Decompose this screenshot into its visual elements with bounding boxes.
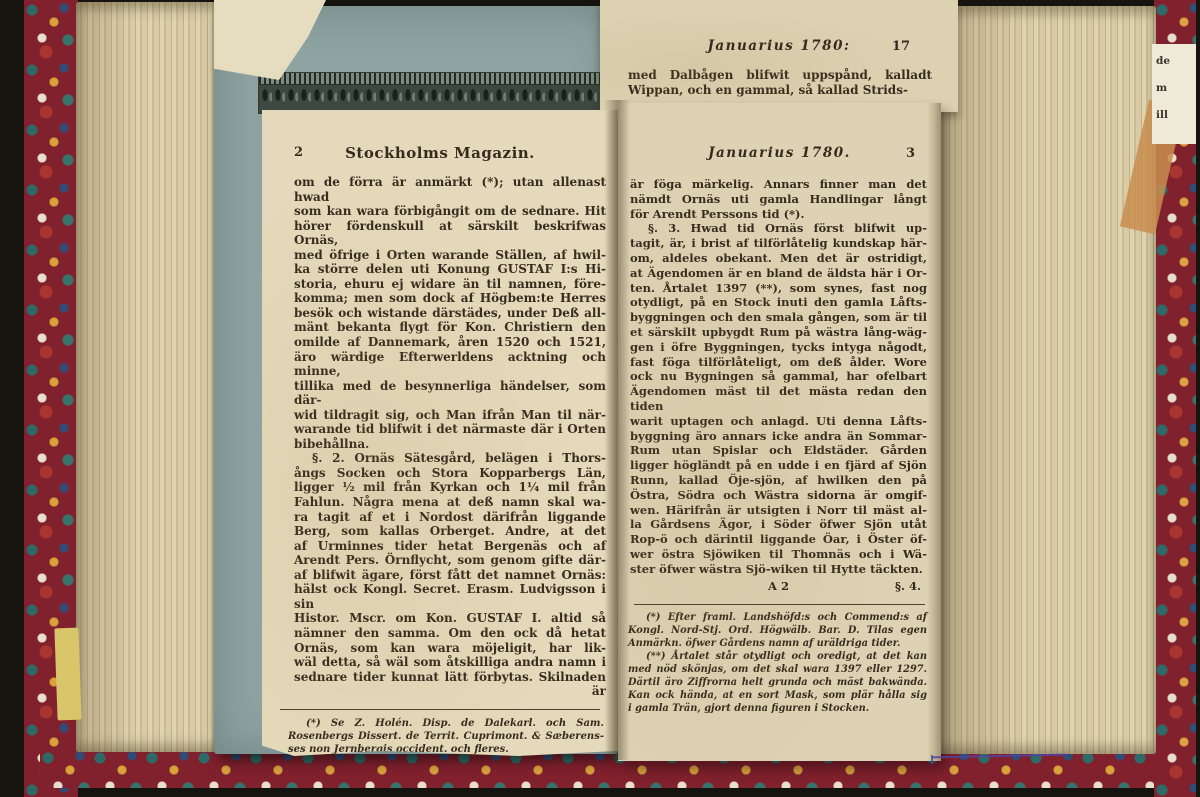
text-line: Anmärkn. öfwer Gårdens namn af uräldriga… — [628, 637, 927, 650]
text-line: (*) Se Z. Holén. Disp. de Dalekarl. och … — [288, 717, 604, 730]
text-line: af Urminnes tider hetat Bergenäs och af — [294, 539, 606, 554]
text-line: fast föga tilförlåteligt, om deß ålder. … — [630, 355, 927, 370]
yellow-paper-slip — [54, 628, 81, 721]
text-line: Rop-ö och därintil liggande Öar, i Öster… — [630, 532, 927, 547]
text-line: nämner den samma. Om den ock då hetat — [294, 626, 606, 641]
text-line: Rum utan Spislar och Eldstäder. Gården — [630, 443, 927, 458]
running-title: Januarius 1780. — [618, 145, 941, 161]
text-line: byggningen och den smala gången, som är … — [630, 310, 927, 325]
text-line: i gamla Trän, gjort denna figuren i Stoc… — [628, 702, 927, 715]
left-page-footnotes: (*) Se Z. Holén. Disp. de Dalekarl. och … — [288, 717, 604, 756]
text-line: om de förra är anmärkt (*); utan allenas… — [294, 175, 606, 204]
text-line: gen i öfre Byggningen, tycks intyga någo… — [630, 340, 927, 355]
left-page-header: 2 Stockholms Magazin. — [262, 144, 618, 162]
edge-fragment: ill — [1156, 102, 1196, 129]
text-line: wäl detta, så wäl som åtskilliga andra n… — [294, 655, 606, 670]
text-line: Östra, Södra och Wästra sidorna är omgif… — [630, 488, 927, 503]
text-line: (**) Årtalet står otydligt och oredigt, … — [628, 650, 927, 663]
text-line: la Gårdsens Ägor, i Söder öfwer Sjön utå… — [630, 517, 927, 532]
text-line: ligger högländt på en udde i en fjärd af… — [630, 458, 927, 473]
fore-edge-text-sliver: de m ill — [1152, 44, 1196, 144]
text-line: Ägendomen mäst til det mästa redan den t… — [630, 384, 927, 414]
text-line: komma; men som dock af Högbem:te Herres — [294, 291, 606, 306]
edge-fragment: de — [1156, 48, 1196, 75]
footnote-rule — [634, 604, 925, 605]
text-line: Därtil äro Ziffrorna helt grunda och mäs… — [628, 676, 927, 689]
text-line: §. 3. Hwad tid Ornäs först blifwit up- — [630, 221, 927, 236]
text-line: hälst ock Kongl. Secret. Erasm. Ludvigss… — [294, 582, 606, 611]
left-page: 2 Stockholms Magazin. om de förra är anm… — [262, 110, 618, 756]
text-line: nämdt Ornäs uti gamla Handlingar långt — [630, 192, 927, 207]
text-line: wid tildragit sig, och Man ifrån Man til… — [294, 408, 606, 423]
text-line: Berg, som kallas Orberget. Andre, at det — [294, 524, 606, 539]
text-line: Histor. Mscr. om Kon. GUSTAF I. altid så — [294, 611, 606, 626]
text-line: ten. Årtalet 1397 (**), som synes, fast … — [630, 281, 927, 296]
running-title: Stockholms Magazin. — [262, 144, 618, 162]
catchword: §. 4. — [895, 579, 921, 593]
text-line: storia, ehuru ej widare än til namnen, f… — [294, 277, 606, 292]
text-line: ock nu Bygningen så gammal, har ofelbart — [630, 369, 927, 384]
text-line: Fahlun. Några mena at deß namn skal wa- — [294, 495, 606, 510]
text-line: ångs Socken och Stora Kopparbergs Län, — [294, 466, 606, 481]
text-line: som kan wara förbigångit om de sednare. … — [294, 204, 606, 219]
right-page-body: är föga märkelig. Annars finner man detn… — [630, 177, 927, 577]
page-stack-left — [76, 2, 218, 752]
text-line: ster öfwer wästra Sjö-wiken til Hytte tä… — [630, 562, 927, 577]
text-line: hörer fördenskull at särskilt beskrifwas… — [294, 219, 606, 248]
palmette-frieze — [259, 85, 605, 113]
right-page-header: Januarius 1780. 3 — [618, 145, 941, 163]
gathering-signature: A 2 — [630, 579, 927, 593]
text-line: ra tagit af et i Nordost därifrån liggan… — [294, 510, 606, 525]
text-line: Ornäs, som kan wara möjeligit, har lik- — [294, 641, 606, 656]
text-line: Wippan, och en gammal, så kallad Strids- — [628, 83, 932, 98]
text-line: warit uptagen och anlagd. Uti denna Låft… — [630, 414, 927, 429]
text-line: at Ägendomen är en bland de äldsta här i… — [630, 266, 927, 281]
text-line: ka större delen uti Konung GUSTAF I:s Hi… — [294, 262, 606, 277]
purple-ink-mark — [930, 748, 1070, 766]
left-page-body: om de förra är anmärkt (*); utan allenas… — [294, 175, 606, 699]
book-photograph: Januarius 1780: 17 med Dalbågen blifwit … — [0, 0, 1200, 797]
text-line: §. 2. Ornäs Sätesgård, belägen i Thors- — [294, 451, 606, 466]
text-line: äro wärdige Efterwerldens acktning och m… — [294, 350, 606, 379]
text-line: är föga märkelig. Annars finner man det — [630, 177, 927, 192]
text-line: är — [294, 684, 606, 699]
text-line: Kan ock hända, at en sort Mask, som plär… — [628, 689, 927, 702]
text-line: med öfrige i Orten warande Ställen, af h… — [294, 248, 606, 263]
text-line: Kongl. Nord-Stj. Ord. Högwälb. Bar. D. T… — [628, 624, 927, 637]
text-line: tagit, är, i brist af tilförlåtelig kund… — [630, 236, 927, 251]
page-number: 3 — [906, 146, 915, 161]
text-line: besök och wistande därstädes, under Deß … — [294, 306, 606, 321]
right-page: Januarius 1780. 3 är föga märkelig. Anna… — [618, 103, 941, 761]
text-line: Runn, kallad Öje-sjön, af hwilken den på — [630, 473, 927, 488]
right-page-footnotes: (*) Efter framl. Landshöfd:s och Commend… — [628, 611, 927, 715]
text-line: ligger ½ mil från Kyrkan och 1¼ mil från — [294, 480, 606, 495]
text-line: för Arendt Perssons tid (*). — [630, 207, 927, 222]
text-line: byggning äro annars icke andra än Sommar… — [630, 429, 927, 444]
footnote-rule — [280, 709, 600, 710]
greek-key-frieze — [259, 73, 605, 85]
text-line: bibehållna. — [294, 437, 606, 452]
text-line: et särskilt upbygdt Rum på wästra lång-w… — [630, 325, 927, 340]
text-line: med nöd skönjas, om det skal wara 1397 e… — [628, 663, 927, 676]
text-line: med Dalbågen blifwit uppspånd, kalladt — [628, 68, 932, 83]
page-stack-right — [938, 6, 1156, 754]
text-line: otydligt, på en Stock inuti den gamla Lå… — [630, 295, 927, 310]
text-line: tillika med de besynnerliga händelser, s… — [294, 379, 606, 408]
upper-page-body: med Dalbågen blifwit uppspånd, kalladtWi… — [628, 68, 932, 98]
text-line: mänt bekanta flygt för Kon. Christiern d… — [294, 320, 606, 335]
page-number: 17 — [892, 39, 910, 54]
text-line: warande tid blifwit i det närmaste där i… — [294, 422, 606, 437]
text-line: wer östra Sjöwiken til Thomnäs och i Wä- — [630, 547, 927, 562]
text-line: af blifwit ägare, först fått det namnet … — [294, 568, 606, 583]
upper-page: Januarius 1780: 17 med Dalbågen blifwit … — [600, 0, 958, 112]
upper-page-header: Januarius 1780: 17 — [600, 38, 958, 56]
text-line: omilde af Dannemark, åren 1520 och 1521, — [294, 335, 606, 350]
text-line: (*) Efter framl. Landshöfd:s och Commend… — [628, 611, 927, 624]
text-line: Arendt Pers. Örnflycht, som genom gifte … — [294, 553, 606, 568]
ornament-band — [258, 72, 606, 114]
signature-row: A 2 §. 4. — [630, 579, 927, 594]
text-line: Rosenbergs Dissert. de Territ. Cuprimont… — [288, 730, 604, 743]
text-line: sednare tider kunnat lätt förbytas. Skil… — [294, 670, 606, 685]
text-line: wen. Härifrån är utsigten i Norr til mäs… — [630, 503, 927, 518]
text-line: om, aldeles obekant. Men det är ostridig… — [630, 251, 927, 266]
edge-fragment: m — [1156, 75, 1196, 102]
